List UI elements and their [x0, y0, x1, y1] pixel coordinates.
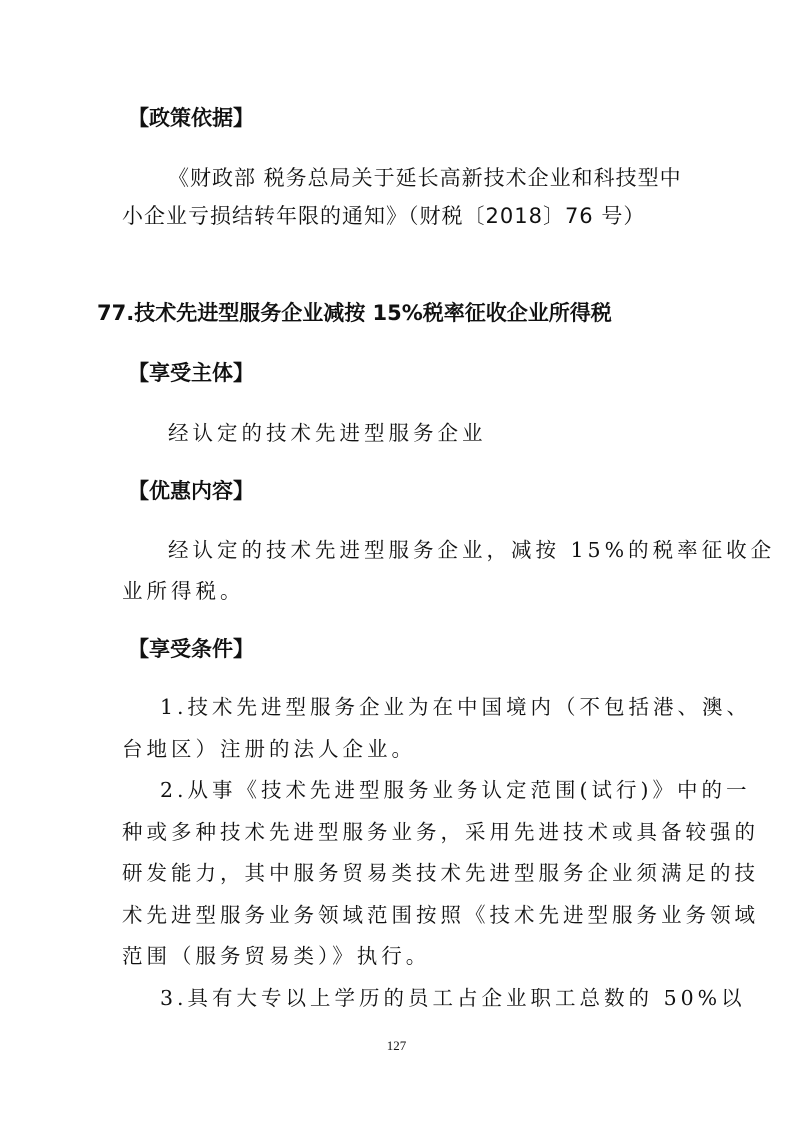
- policy-basis-line: 《财政部 税务总局关于延长高新技术企业和科技型中: [168, 163, 682, 193]
- conditions-line: 种或多种技术先进型服务业务，采用先进技术或具备较强的: [122, 817, 759, 847]
- section-heading-content: 【优惠内容】: [128, 476, 254, 506]
- conditions-line: 研发能力，其中服务贸易类技术先进型服务企业须满足的技: [122, 858, 759, 888]
- conditions-line: 1.技术先进型服务企业为在中国境内（不包括港、澳、: [160, 692, 751, 722]
- document-page: 【政策依据】 《财政部 税务总局关于延长高新技术企业和科技型中 小企业亏损结转年…: [0, 0, 793, 1122]
- conditions-line: 术先进型服务业务领域范围按照《技术先进型服务业务领域: [122, 900, 759, 930]
- section-heading-policy-basis: 【政策依据】: [128, 103, 254, 133]
- item-title: 77.技术先进型服务企业减按 15%税率征收企业所得税: [97, 298, 612, 328]
- section-heading-conditions: 【享受条件】: [128, 634, 254, 664]
- policy-basis-line: 小企业亏损结转年限的通知》（财税〔2018〕76 号）: [122, 201, 645, 231]
- conditions-line: 台地区）注册的法人企业。: [122, 734, 416, 764]
- conditions-line: 3.具有大专以上学历的员工占企业职工总数的 50%以: [160, 983, 746, 1013]
- section-heading-beneficiary: 【享受主体】: [128, 358, 254, 388]
- conditions-line: 2.从事《技术先进型服务业务认定范围(试行)》中的一: [160, 775, 751, 805]
- content-line: 业所得税。: [122, 576, 245, 606]
- content-line: 经认定的技术先进型服务企业，减按 15%的税率征收企: [168, 535, 775, 565]
- beneficiary-line: 经认定的技术先进型服务企业: [168, 418, 487, 448]
- conditions-line: 范围（服务贸易类）》执行。: [122, 941, 430, 971]
- page-number: 127: [0, 1038, 793, 1054]
